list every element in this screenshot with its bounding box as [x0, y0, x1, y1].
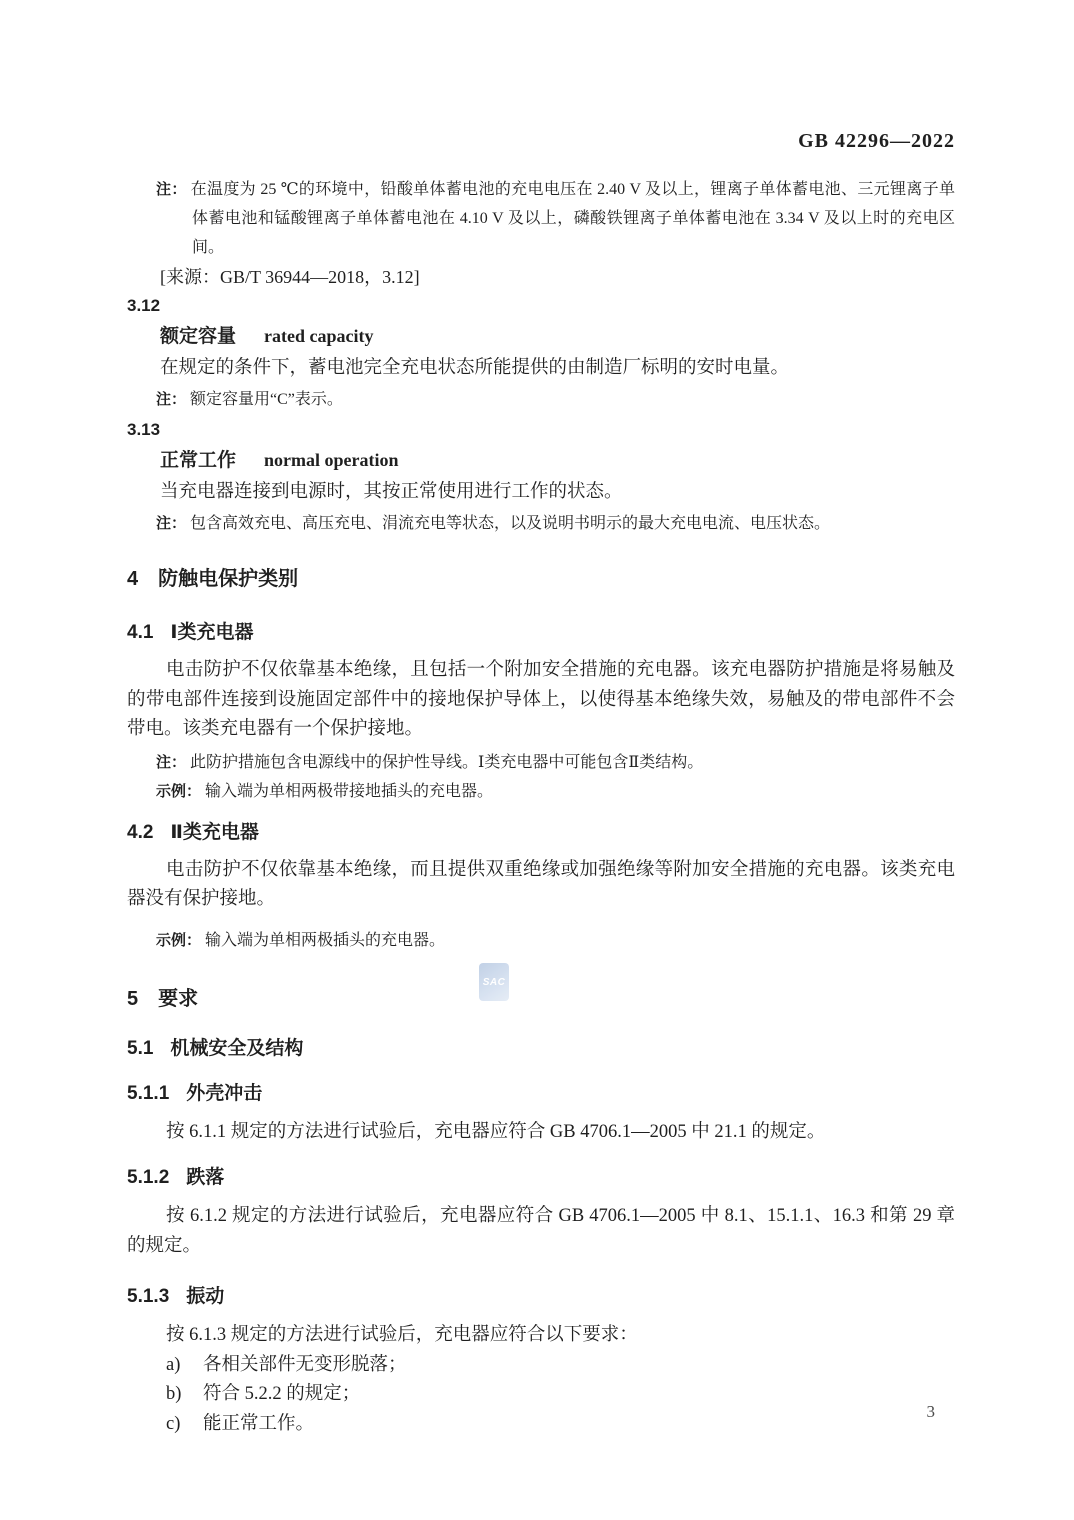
- note-text: 此防护措施包含电源线中的保护性导线。Ⅰ类充电器中可能包含Ⅱ类结构。: [190, 754, 703, 771]
- clause-number-3-12: 3.12: [127, 293, 955, 318]
- section-title: 外壳冲击: [186, 1083, 262, 1104]
- section-title: 跌落: [186, 1167, 224, 1188]
- standard-number-header: GB 42296—2022: [127, 0, 955, 154]
- section-heading-5-1: 5.1机械安全及结构: [127, 1035, 955, 1063]
- section-number: 4.1: [127, 622, 153, 643]
- note-label: 注：: [156, 754, 190, 771]
- note-label: 注：: [156, 391, 190, 408]
- body-paragraph: 电击防护不仅依靠基本绝缘，且包括一个附加安全措施的充电器。该充电器防护措施是将易…: [127, 656, 955, 745]
- term-en: normal operation: [264, 450, 399, 470]
- section-number: 5.1.2: [127, 1167, 169, 1188]
- example-4-2: 示例：输入端为单相两极插头的充电器。: [156, 926, 955, 955]
- section-number: 4.2: [127, 822, 153, 843]
- section-number: 5.1: [127, 1038, 153, 1059]
- definition-text: 当充电器连接到电源时，其按正常使用进行工作的状态。: [160, 477, 955, 507]
- section-title: 防触电保护类别: [158, 568, 298, 590]
- body-paragraph: 按 6.1.1 规定的方法进行试验后，充电器应符合 GB 4706.1—2005…: [127, 1118, 955, 1148]
- section-number: 5.1.1: [127, 1083, 169, 1104]
- term-normal-operation: 正常工作normal operation: [160, 445, 955, 477]
- section-number: 5.1.3: [127, 1286, 169, 1307]
- section-heading-5-1-1: 5.1.1外壳冲击: [127, 1080, 955, 1108]
- page-number: 3: [927, 1402, 936, 1422]
- section-title: 振动: [186, 1286, 224, 1307]
- body-paragraph: 按 6.1.2 规定的方法进行试验后，充电器应符合 GB 4706.1—2005…: [127, 1202, 955, 1261]
- example-label: 示例：: [156, 932, 205, 949]
- section-heading-4-1: 4.1Ⅰ类充电器: [127, 619, 955, 647]
- example-4-1: 示例：输入端为单相两极带接地插头的充电器。: [156, 777, 955, 806]
- example-label: 示例：: [156, 783, 205, 800]
- term-zh: 额定容量: [160, 326, 236, 347]
- page-content: GB 42296—2022 注：在温度为 25 ℃的环境中，铅酸单体蓄电池的充电…: [127, 0, 955, 1439]
- list-text: 各相关部件无变形脱落；: [203, 1355, 407, 1375]
- note-carryover: 注：在温度为 25 ℃的环境中，铅酸单体蓄电池的充电电压在 2.40 V 及以上…: [156, 175, 955, 262]
- body-paragraph: 电击防护不仅依靠基本绝缘，而且提供双重绝缘或加强绝缘等附加安全措施的充电器。该类…: [127, 856, 955, 915]
- term-en: rated capacity: [264, 326, 373, 346]
- list-marker: a): [166, 1351, 203, 1381]
- section-heading-4: 4防触电保护类别: [127, 565, 955, 593]
- term-zh: 正常工作: [160, 450, 236, 471]
- source-reference: [来源：GB/T 36944—2018，3.12]: [160, 263, 955, 291]
- section-heading-4-2: 4.2Ⅱ类充电器: [127, 819, 955, 847]
- note-label: 注：: [156, 515, 190, 532]
- list-text: 符合 5.2.2 的规定；: [203, 1384, 360, 1404]
- example-text: 输入端为单相两极带接地插头的充电器。: [205, 783, 493, 800]
- section-heading-5: 5要求: [127, 985, 955, 1013]
- list-text: 能正常工作。: [203, 1414, 314, 1434]
- sac-watermark-logo: SAC: [479, 963, 509, 1001]
- note-4-1: 注：此防护措施包含电源线中的保护性导线。Ⅰ类充电器中可能包含Ⅱ类结构。: [156, 748, 955, 777]
- list-marker: b): [166, 1380, 203, 1410]
- section-title: Ⅰ类充电器: [170, 622, 253, 643]
- note-3-13: 注：包含高效充电、高压充电、涓流充电等状态，以及说明书明示的最大充电电流、电压状…: [156, 509, 955, 538]
- list-item-c: c)能正常工作。: [166, 1410, 955, 1440]
- section-title: Ⅱ类充电器: [170, 822, 259, 843]
- note-3-12: 注：额定容量用“C”表示。: [156, 385, 955, 414]
- note-text: 在温度为 25 ℃的环境中，铅酸单体蓄电池的充电电压在 2.40 V 及以上，锂…: [191, 181, 955, 256]
- list-marker: c): [166, 1410, 203, 1440]
- section-title: 要求: [158, 988, 198, 1010]
- example-text: 输入端为单相两极插头的充电器。: [205, 932, 445, 949]
- clause-number-3-13: 3.13: [127, 417, 955, 442]
- section-number: 4: [127, 568, 138, 590]
- term-rated-capacity: 额定容量rated capacity: [160, 321, 955, 353]
- section-heading-5-1-2: 5.1.2跌落: [127, 1164, 955, 1192]
- note-text: 额定容量用“C”表示。: [190, 391, 343, 408]
- standard-document-page: GB 42296—2022 注：在温度为 25 ℃的环境中，铅酸单体蓄电池的充电…: [0, 0, 1074, 1520]
- section-number: 5: [127, 988, 138, 1010]
- body-paragraph: 按 6.1.3 规定的方法进行试验后，充电器应符合以下要求：: [127, 1321, 955, 1351]
- note-label: 注：: [156, 181, 191, 198]
- section-heading-5-1-3: 5.1.3振动: [127, 1283, 955, 1311]
- list-item-a: a)各相关部件无变形脱落；: [166, 1351, 955, 1381]
- list-item-b: b)符合 5.2.2 的规定；: [166, 1380, 955, 1410]
- definition-text: 在规定的条件下，蓄电池完全充电状态所能提供的由制造厂标明的安时电量。: [160, 353, 955, 383]
- section-title: 机械安全及结构: [170, 1038, 303, 1059]
- note-text: 包含高效充电、高压充电、涓流充电等状态，以及说明书明示的最大充电电流、电压状态。: [190, 515, 830, 532]
